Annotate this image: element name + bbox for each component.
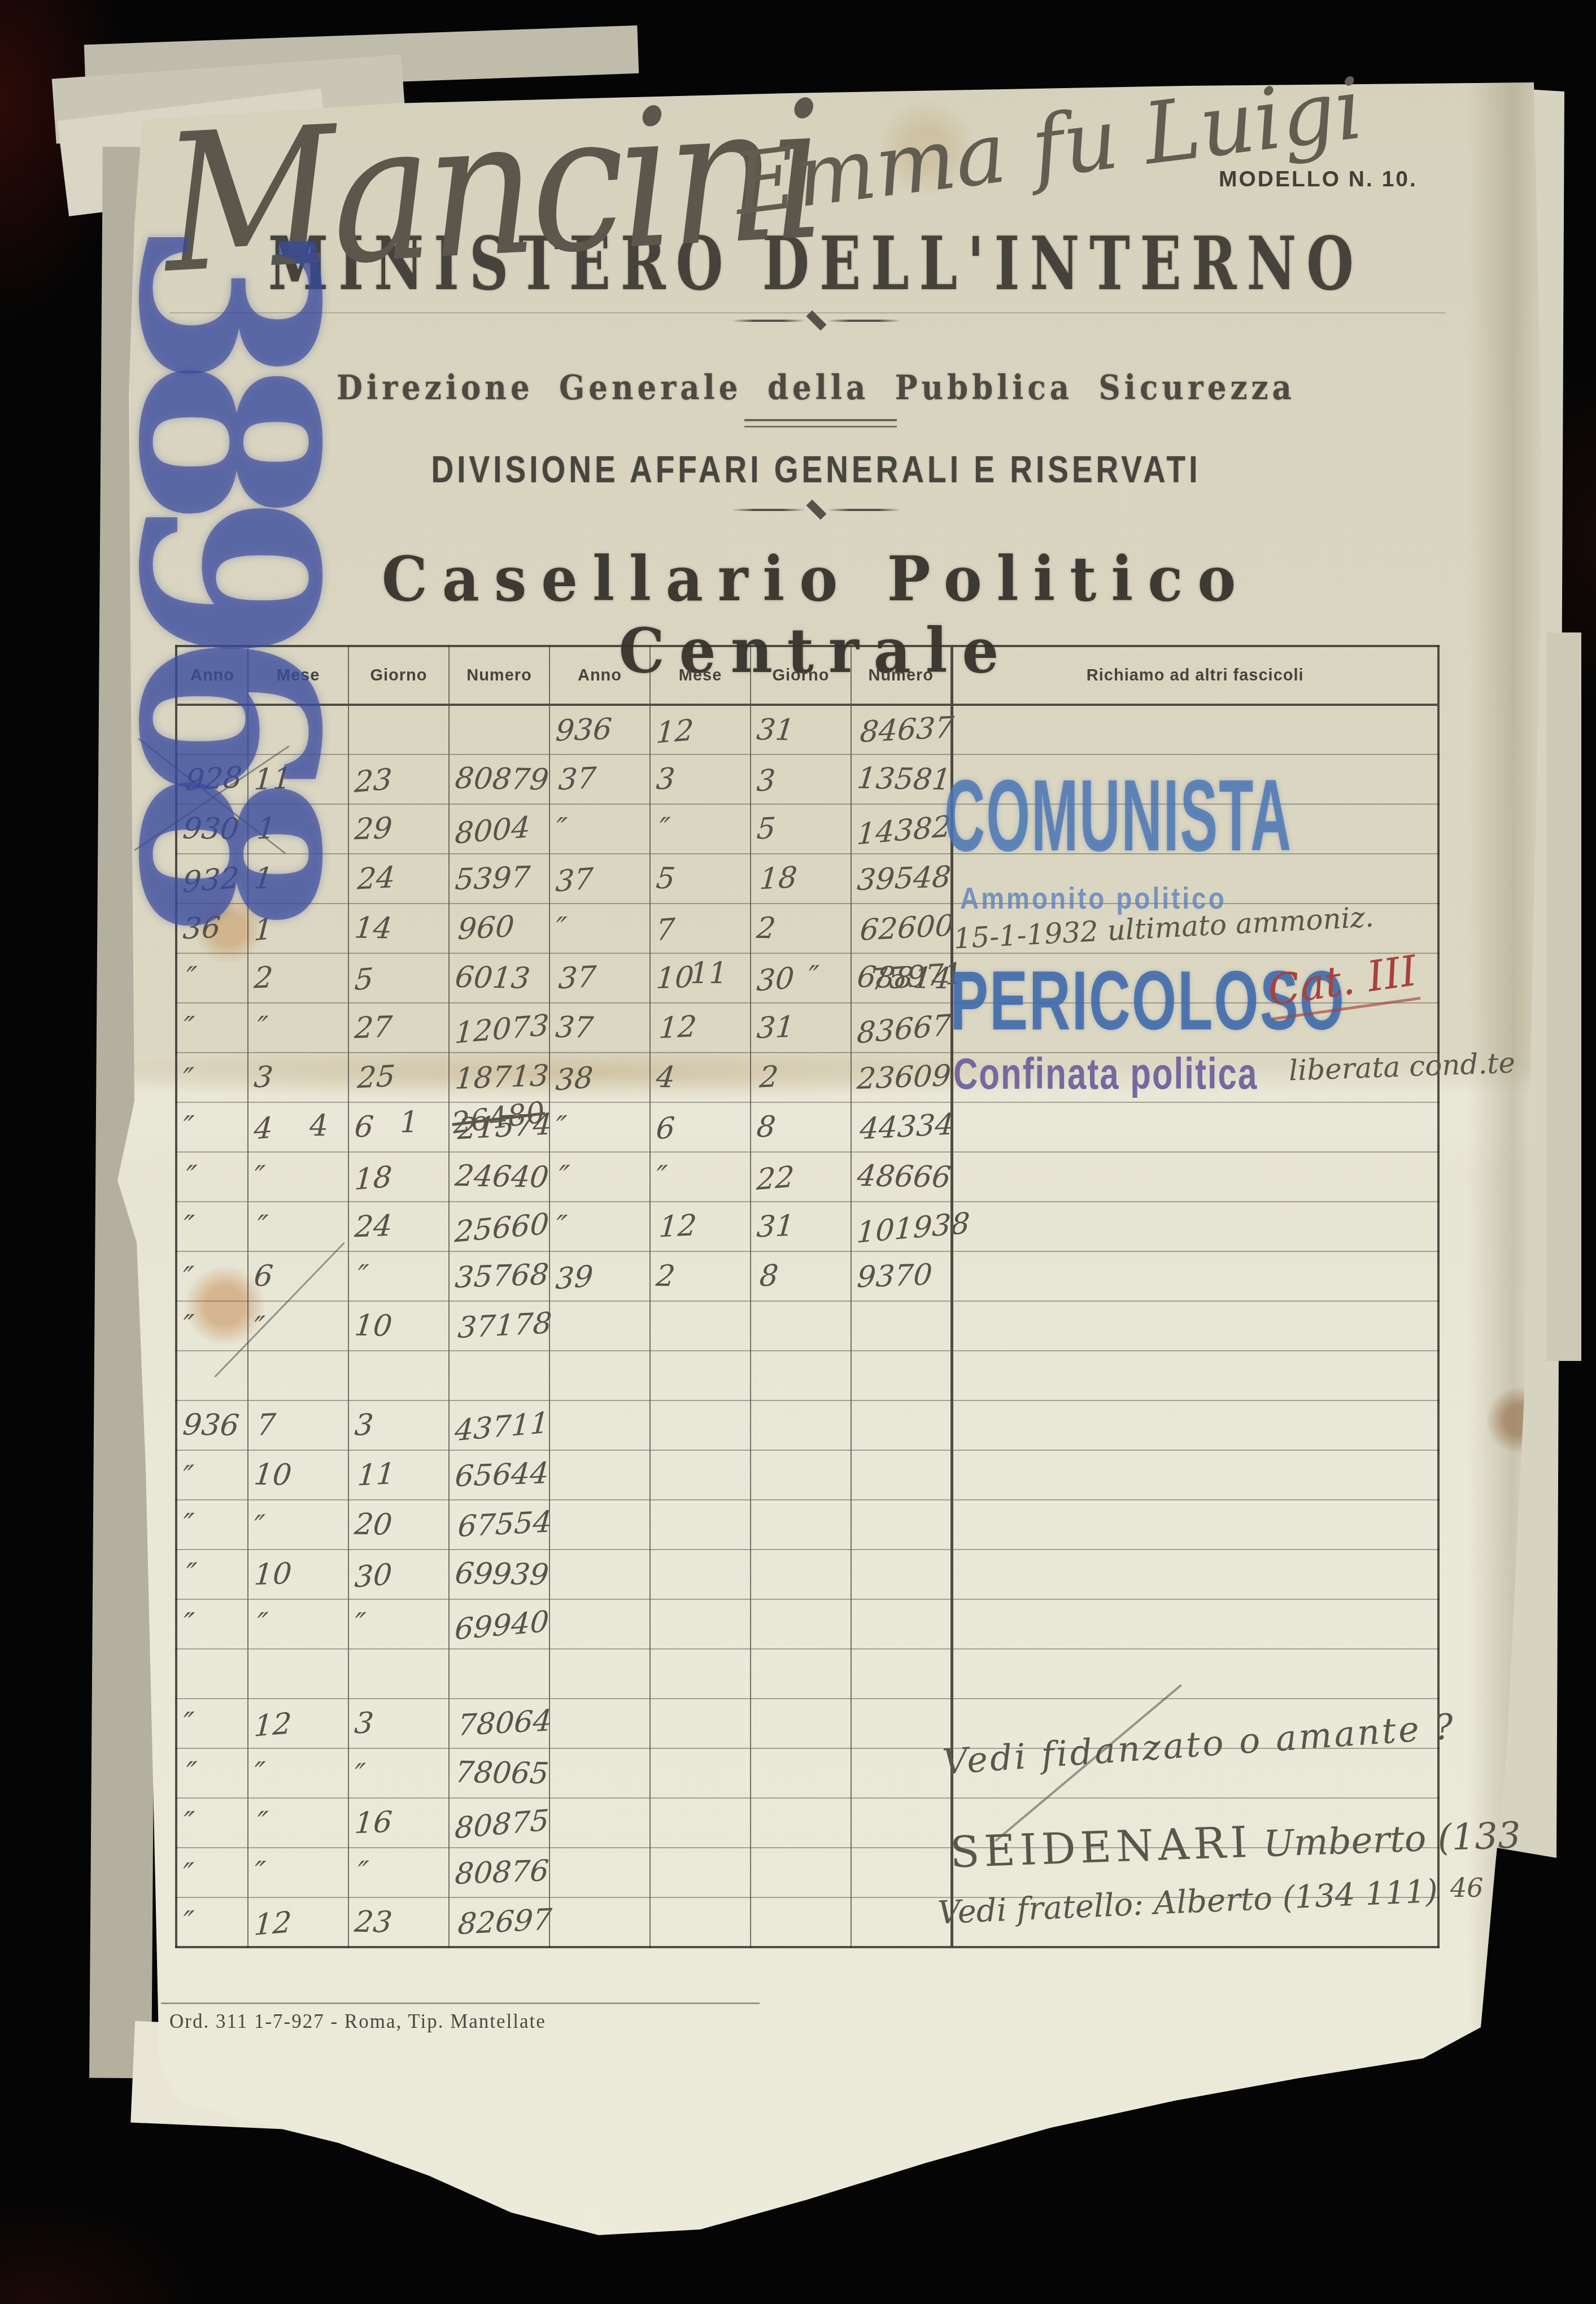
handwritten-value: ″ [253, 1509, 266, 1543]
registry-number-stamp: 38968 [110, 220, 370, 785]
handwritten-value: ″ [252, 1856, 267, 1890]
table-cell [550, 1351, 650, 1400]
handwritten-value: ″ [182, 1260, 195, 1295]
table-cell: ″ [348, 1848, 449, 1897]
table-cell: 69940 [449, 1599, 550, 1649]
table-cell [952, 1351, 1438, 1400]
handwritten-value: 80879 [453, 762, 550, 797]
handwritten-value: ″ [557, 1159, 571, 1194]
handwritten-value: ″ [182, 1707, 195, 1741]
table-cell [176, 1351, 248, 1400]
table-cell: 80876 [449, 1848, 550, 1897]
handwritten-value: ″ [554, 1210, 569, 1243]
table-cell [851, 1301, 952, 1351]
handwritten-value: 6 [252, 1259, 274, 1294]
table-cell [550, 1649, 650, 1699]
table-row: ″″1824640″″2248666 [176, 1152, 1438, 1202]
handwritten-value: 7 [655, 913, 676, 948]
table-cell [751, 1748, 851, 1798]
handwritten-value: 14382 [856, 810, 952, 852]
table-cell: 35768 [449, 1251, 550, 1301]
handwritten-value: 25660 [454, 1207, 550, 1249]
table-cell [248, 1649, 348, 1699]
table-cell: ″ [550, 904, 650, 953]
handwritten-value: 39 [555, 1259, 594, 1297]
table-cell: 8004 [449, 804, 550, 854]
handwritten-value: ″ [356, 1259, 370, 1293]
handwritten-value: 35768 [454, 1258, 550, 1295]
table-cell: 16 [348, 1798, 449, 1848]
handwritten-value: 31 [756, 1010, 796, 1045]
handwritten-value: 5 [354, 962, 374, 998]
table-cell [751, 1450, 851, 1500]
table-cell: ″ [248, 1003, 348, 1053]
footer-rule [161, 2002, 760, 2004]
table-row: 9367343711 [176, 1400, 1438, 1450]
table-cell: 30 [348, 1550, 449, 1599]
table-cell [650, 1897, 751, 1947]
handwritten-value: 2 [655, 1259, 677, 1294]
table-cell: 10 [248, 1450, 348, 1500]
handwritten-value: 24640 [453, 1159, 550, 1195]
table-cell: 18713 [449, 1053, 550, 1102]
table-cell [550, 1699, 650, 1748]
interline-entry-mese: 4 [309, 1109, 328, 1143]
handwritten-value: 37 [554, 1010, 595, 1045]
table-cell: 82697 [449, 1897, 550, 1947]
table-cell [751, 1550, 851, 1599]
table-cell: 7 [248, 1400, 348, 1450]
table-cell: 38 [550, 1053, 650, 1102]
table-cell: ″ [176, 1003, 248, 1053]
table-cell: 20 [348, 1500, 449, 1550]
table-cell [550, 1599, 650, 1649]
handwritten-value: ″ [555, 1110, 568, 1145]
handwritten-value: 1 [253, 913, 274, 948]
handwritten-value: 78064 [456, 1704, 552, 1743]
column-header: Numero [851, 646, 952, 705]
handwritten-value: 3 [252, 1061, 274, 1095]
table-cell: 31 [751, 1202, 851, 1251]
table-cell: 2 [751, 1053, 851, 1102]
table-cell [751, 1599, 851, 1649]
handwritten-value: ″ [182, 1508, 195, 1542]
table-cell: 24 [348, 1202, 449, 1251]
handwritten-value: 3 [353, 1707, 375, 1741]
handwritten-value: 14 [353, 911, 394, 945]
table-cell [751, 1351, 851, 1400]
table-cell: 80879 [449, 754, 550, 804]
table-cell: 22 [751, 1152, 851, 1202]
handwritten-value: ″ [185, 1557, 198, 1591]
table-row: ″″1037178 [176, 1301, 1438, 1351]
table-cell: 31 [751, 1003, 851, 1053]
table-cell [952, 1202, 1438, 1251]
table-cell: ″ [650, 804, 751, 854]
handwritten-value: 67554 [456, 1505, 552, 1544]
table-cell [851, 1550, 952, 1599]
handwritten-value: 960 [457, 910, 516, 946]
table-row: ″6″3576839289370 [176, 1251, 1438, 1301]
table-cell [952, 1450, 1438, 1500]
handwritten-value: 37 [555, 862, 594, 899]
table-cell [176, 1649, 248, 1699]
table-cell: ″ [176, 953, 248, 1003]
table-row [176, 1351, 1438, 1400]
table-cell [650, 1301, 751, 1351]
handwritten-value: 31 [756, 1209, 796, 1244]
handwritten-value: ″ [181, 1607, 196, 1641]
table-cell: ″ [176, 1848, 248, 1897]
divisione-subtitle-text: DIVISIONE AFFARI GENERALI E RISERVATI [431, 447, 1201, 491]
handwritten-value: 62600 [858, 909, 954, 948]
table-cell [851, 1798, 952, 1848]
handwritten-value: 2 [758, 1060, 779, 1095]
table-cell: ″ [176, 1550, 248, 1599]
table-cell: ″ [176, 1798, 248, 1848]
handwritten-value: 37 [557, 761, 598, 797]
table-cell [952, 1251, 1438, 1301]
handwritten-value: 6 [353, 1110, 375, 1145]
handwritten-value: ″ [182, 1857, 195, 1891]
table-cell: ″ [176, 1599, 248, 1649]
table-cell: 37 [550, 754, 650, 804]
table-cell: 10 [348, 1301, 449, 1351]
table-cell: 44334 [851, 1102, 952, 1152]
table-cell [851, 1848, 952, 1897]
interline-entry-giorno: 1 [400, 1106, 418, 1140]
table-row: ″″2067554 [176, 1500, 1438, 1550]
handwritten-value: ″ [253, 1310, 266, 1345]
table-cell: 39 [550, 1251, 650, 1301]
handwritten-value: 4 [253, 1111, 274, 1147]
handwritten-value: 11 [356, 1457, 396, 1493]
table-cell: 12 [248, 1699, 348, 1748]
handwritten-value: 12 [655, 713, 695, 750]
table-cell: 12073 [449, 1003, 550, 1053]
table-cell [952, 1649, 1438, 1699]
table-cell [952, 1599, 1438, 1649]
table-cell [751, 1798, 851, 1848]
table-cell: 43711 [449, 1400, 550, 1450]
table-cell [650, 1550, 751, 1599]
table-cell: 3 [650, 754, 751, 804]
handwritten-value: ″ [655, 1160, 669, 1194]
note-seidenari-surname: SEIDENARI [949, 1817, 1253, 1878]
handwritten-value: ″ [354, 1607, 367, 1642]
table-cell [751, 1699, 851, 1748]
handwritten-value: 20 [353, 1507, 394, 1542]
table-cell: 25660 [449, 1202, 550, 1251]
handwritten-value: 69939 [453, 1557, 550, 1592]
handwritten-value: ″ [256, 1209, 269, 1243]
table-cell: ″ [248, 1152, 348, 1202]
table-cell [650, 1500, 751, 1550]
handwritten-value: 8 [755, 1110, 777, 1145]
handwritten-value: 7 [256, 1408, 277, 1443]
table-cell: 936 [550, 705, 650, 754]
table-cell [650, 1649, 751, 1699]
table-cell: ″ [550, 1152, 650, 1202]
table-cell: 62600 [851, 904, 952, 953]
table-cell [550, 1798, 650, 1848]
table-cell [650, 1400, 751, 1450]
table-cell: 78064 [449, 1699, 550, 1748]
handwritten-value: 69940 [454, 1605, 550, 1647]
handwritten-value: 936 [555, 712, 613, 748]
handwritten-value: ″ [182, 1062, 195, 1096]
table-cell: 23 [348, 1897, 449, 1947]
handwritten-value: ″ [256, 1010, 269, 1045]
handwritten-value: ″ [181, 1806, 196, 1840]
table-cell: ″ [176, 1699, 248, 1748]
handwritten-value: 36 [182, 911, 222, 946]
handwritten-value: 5 [756, 811, 777, 846]
table-cell: 14 [348, 904, 449, 953]
table-cell: 3 [348, 1699, 449, 1748]
table-cell [348, 1649, 449, 1699]
table-cell: 37 [550, 854, 650, 904]
handwritten-value: ″ [356, 1855, 370, 1890]
table-cell: ″ [176, 1152, 248, 1202]
table-cell: 12 [650, 705, 751, 754]
table-cell: ″ [176, 1053, 248, 1102]
handwritten-value: ″ [185, 1756, 198, 1790]
table-cell [851, 1500, 952, 1550]
table-cell: 936 [176, 1400, 248, 1450]
table-cell: ″ [248, 1500, 348, 1550]
table-cell: 6013 [449, 953, 550, 1003]
handwritten-value: 12 [253, 1707, 293, 1744]
table-cell [851, 1897, 952, 1947]
handwritten-value: 84637 [858, 710, 954, 749]
table-cell [348, 1351, 449, 1400]
note-seidenari-number: 46 [1450, 1873, 1484, 1903]
table-cell: 12 [650, 1003, 751, 1053]
table-cell: 80875 [449, 1798, 550, 1848]
handwritten-value: ″ [256, 1607, 269, 1641]
table-cell: ″ [176, 1450, 248, 1500]
table-cell: 8 [751, 1251, 851, 1301]
extra-entry-giorno: ″ [809, 960, 819, 994]
table-cell: 2 [751, 904, 851, 953]
table-cell: 960 [449, 904, 550, 953]
handwritten-value: 12 [658, 1208, 698, 1244]
handwritten-value: 38 [555, 1061, 594, 1098]
table-cell: 84637 [851, 705, 952, 754]
direzione-subtitle-text: Direzione Generale della Pubblica Sicure… [337, 368, 1296, 407]
table-cell: 14382 [851, 804, 952, 854]
table-cell: 6 [650, 1102, 751, 1152]
table-cell [550, 1450, 650, 1500]
column-header: Mese [650, 646, 751, 705]
note-seidenari-rest: Umberto (133 [1251, 1814, 1521, 1866]
table-cell: 4 [248, 1102, 348, 1152]
handwritten-value: ″ [185, 1159, 198, 1194]
table-cell: ″ [550, 1202, 650, 1251]
table-cell: 3 [348, 1400, 449, 1450]
handwritten-value: ″ [182, 1309, 195, 1343]
handwritten-value: 101938 [856, 1206, 970, 1250]
handwritten-value: ″ [182, 1905, 195, 1939]
extra-entry-mese: 11 [690, 957, 727, 990]
handwritten-value: 10 [655, 961, 695, 996]
handwritten-value: 5397 [454, 861, 531, 897]
table-cell: 48666 [851, 1152, 952, 1202]
scan-background: Mancini Emma fu Luigi MODELLO N. 10. 389… [0, 0, 1596, 2304]
handwritten-value: 23 [353, 1905, 394, 1939]
table-cell [952, 1102, 1438, 1152]
table-cell: ″ [550, 1102, 650, 1152]
under-sheet-right-sliver [1546, 632, 1581, 1361]
handwritten-value: 39548 [856, 860, 952, 897]
table-cell: 18 [751, 854, 851, 904]
table-cell: 37178 [449, 1301, 550, 1351]
table-cell: 13581 [851, 754, 952, 804]
handwritten-value: 24 [354, 1209, 394, 1244]
handwritten-value: 27 [354, 1010, 394, 1045]
handwritten-value: 13581 [856, 762, 952, 797]
handwritten-value: 80876 [454, 1854, 550, 1891]
table-cell: 69939 [449, 1550, 550, 1599]
table-cell [751, 1500, 851, 1550]
table-cell: 1 [248, 904, 348, 953]
table-cell [952, 1400, 1438, 1450]
handwritten-value: 23609 [856, 1059, 952, 1096]
table-cell [650, 1848, 751, 1897]
handwritten-value: 2 [253, 961, 274, 995]
handwritten-value: 65644 [454, 1456, 550, 1494]
handwritten-value: 83667 [856, 1009, 952, 1050]
table-cell: ″ [248, 1848, 348, 1897]
handwritten-value: 12073 [454, 1009, 550, 1050]
table-cell [751, 1400, 851, 1450]
table-cell: 37 [550, 953, 650, 1003]
handwritten-value: ″ [253, 1756, 267, 1791]
table-cell [550, 1500, 650, 1550]
table-cell: ″ [176, 1251, 248, 1301]
handwritten-value: 16 [354, 1805, 394, 1840]
table-row: ″101165644 [176, 1450, 1438, 1500]
table-cell [550, 1550, 650, 1599]
handwritten-value: 30 [756, 961, 795, 998]
table-cell: 36 [176, 904, 248, 953]
table-cell: ″ [176, 1748, 248, 1798]
handwritten-value: 3 [354, 1408, 374, 1442]
table-row: ″4621574″6844334 [176, 1102, 1438, 1152]
table-cell [851, 1351, 952, 1400]
table-cell: 78065 [449, 1748, 550, 1798]
handwritten-value: 78065 [453, 1756, 550, 1791]
table-cell [952, 1550, 1438, 1599]
handwritten-value: 18 [354, 1160, 393, 1197]
table-cell: 37 [550, 1003, 650, 1053]
table-cell: 30 [751, 953, 851, 1003]
comunista-stamp: COMUNISTA [944, 758, 1292, 875]
handwritten-value: ″ [181, 1011, 196, 1045]
handwritten-value: 10 [253, 1557, 293, 1592]
table-cell [550, 1301, 650, 1351]
table-cell: 24640 [449, 1152, 550, 1202]
table-cell [650, 1748, 751, 1798]
table-cell [650, 1798, 751, 1848]
handwritten-value: ″ [554, 812, 569, 846]
table-cell: ″ [348, 1748, 449, 1798]
handwritten-value: 18713 [454, 1059, 550, 1096]
handwritten-value: 25 [356, 1059, 396, 1095]
column-header: Richiamo ad altri fascicoli [952, 646, 1438, 705]
table-cell: 4 [650, 1053, 751, 1102]
handwritten-value: 4 [655, 1061, 677, 1095]
table-cell [650, 1351, 751, 1400]
table-cell [952, 1152, 1438, 1202]
handwritten-value: 12 [658, 1010, 698, 1045]
handwritten-value: 82697 [456, 1902, 552, 1941]
table-cell: 12 [650, 1202, 751, 1251]
table-cell: 12 [248, 1897, 348, 1947]
handwritten-value: 18 [758, 861, 799, 896]
table-cell: ″ [248, 1798, 348, 1848]
table-cell: 2 [650, 1251, 751, 1301]
handwritten-value: ″ [253, 1160, 267, 1194]
table-cell: 101938 [851, 1202, 952, 1251]
table-cell [449, 1649, 550, 1699]
handwritten-value: ″ [256, 1805, 269, 1840]
table-cell [851, 1748, 952, 1798]
handwritten-value: 6 [655, 1111, 676, 1147]
table-cell [550, 1400, 650, 1450]
handwritten-value: 31 [755, 713, 796, 747]
table-cell [952, 1301, 1438, 1351]
table-cell [550, 1848, 650, 1897]
handwritten-value: 3 [655, 762, 676, 796]
table-cell: ″ [176, 1897, 248, 1947]
table-cell: 83667 [851, 1003, 952, 1053]
table-cell: ″ [248, 1202, 348, 1251]
table-cell: ″ [176, 1202, 248, 1251]
table-cell: 5 [751, 804, 851, 854]
table-cell: ″ [176, 1301, 248, 1351]
table-cell: 65644 [449, 1450, 550, 1500]
table-cell [650, 1450, 751, 1500]
table-cell [851, 1649, 952, 1699]
handwritten-value: 9370 [856, 1258, 934, 1295]
handwritten-value: 936 [181, 1408, 241, 1443]
handwritten-value: 37 [557, 960, 598, 996]
table-cell [851, 1599, 952, 1649]
table-cell: ″ [248, 1748, 348, 1798]
table-cell: 18 [348, 1152, 449, 1202]
double-rule [744, 419, 897, 427]
column-header: Giorno [751, 646, 851, 705]
table-row: ″″″69940 [176, 1599, 1438, 1649]
table-cell: 3 [751, 754, 851, 804]
table-cell [851, 1699, 952, 1748]
table-cell: 31 [751, 705, 851, 754]
handwritten-value: 43711 [454, 1406, 550, 1448]
handwritten-value: 8 [758, 1259, 779, 1294]
table-cell [550, 1748, 650, 1798]
printer-imprint: Ord. 311 1-7-927 - Roma, Tip. Mantellate [169, 2010, 546, 2033]
table-cell: ″ [550, 804, 650, 854]
table-cell: 5397 [449, 854, 550, 904]
ammonito-politico-stamp: Ammonito politico [960, 880, 1227, 916]
table-cell [550, 1897, 650, 1947]
table-cell: 5 [348, 953, 449, 1003]
table-cell: 9370 [851, 1251, 952, 1301]
table-cell: 11 [348, 1450, 449, 1500]
handwritten-value: ″ [555, 911, 568, 946]
